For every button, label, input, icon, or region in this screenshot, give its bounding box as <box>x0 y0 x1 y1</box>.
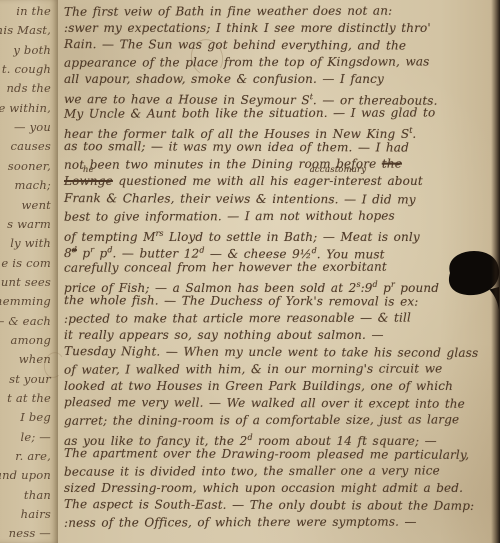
facing-page-fragment: le; — <box>20 430 51 444</box>
facing-page-fragment: unt sees <box>1 275 51 289</box>
manuscript-line: it really appears so, say nothing about … <box>64 327 496 344</box>
facing-page-fragment: sooner, <box>8 159 51 173</box>
manuscript-line: all vapour, shadow, smoke & confusion. —… <box>64 71 496 88</box>
facing-page-fragment: t at the <box>7 391 51 405</box>
facing-page-fragment: his Mast, <box>0 23 51 37</box>
letter-body: The first veiw of Bath in fine weather d… <box>64 3 496 531</box>
facing-page-fragment: r. are, <box>15 449 51 463</box>
manuscript-line: best to give information. — I am not wit… <box>64 207 496 226</box>
manuscript-line: as you like to fancy it, the 2d room abo… <box>64 429 496 446</box>
manuscript-line: price of Fish; — a Salmon has been sold … <box>64 276 496 293</box>
manuscript-line: of water, I walked with him, & in our mo… <box>64 360 496 379</box>
manuscript-line: not been two minutes in the Dining room … <box>64 156 496 175</box>
manuscript-line: because it is divided into two, the smal… <box>64 463 496 482</box>
manuscript-line: the whole fish. — The Duchess of York's … <box>64 292 496 311</box>
manuscript-line: appearance of the place from the top of … <box>64 53 496 72</box>
manuscript-line: of tempting Mrs Lloyd to settle in Bath;… <box>64 225 496 242</box>
manuscript-line: heLownge questioned me with all his accu… <box>64 173 496 190</box>
manuscript-line: :swer my expectations; I think I see mor… <box>64 20 496 37</box>
manuscript-line: garret; the dining-room is of a comforta… <box>64 411 496 430</box>
facing-page-fragment: y both <box>13 43 51 57</box>
facing-page-fragment: e is com <box>1 256 51 270</box>
facing-page-fragment: ; — & each <box>0 314 51 328</box>
manuscript-line: My Uncle & Aunt both like the situation.… <box>64 105 496 124</box>
facing-page-fragment: t. cough <box>2 62 51 76</box>
manuscript-line: Rain. — The Sun was got behind everythin… <box>64 36 496 55</box>
facing-page-fragment: causes <box>10 139 51 153</box>
manuscript-line: sized Dressing-room, which upon occasion… <box>64 480 496 497</box>
facing-page-fragment: hemming <box>0 294 51 308</box>
manuscript-scan: in thehis Mast,y botht. coughnds thefore… <box>0 0 500 543</box>
manuscript-line: :ness of the Offices, of which there wer… <box>64 514 496 533</box>
facing-page-fragment: hairs <box>21 507 51 521</box>
facing-page-fragment: went <box>22 198 51 212</box>
facing-page-fragment: nds the <box>6 81 51 95</box>
facing-page-edge: in thehis Mast,y botht. coughnds thefore… <box>0 0 58 543</box>
interlinear-insertion: accustomaryeager-interest <box>294 173 382 190</box>
facing-page-fragment: among <box>11 333 51 347</box>
manuscript-line: we are to have a House in Seymour St. — … <box>64 87 496 106</box>
manuscript-line: The first veiw of Bath in fine weather d… <box>64 2 496 21</box>
manuscript-line: Frank & Charles, their veiws & intention… <box>64 190 496 209</box>
manuscript-line: :pected to make that article more reason… <box>64 309 496 328</box>
facing-page-fragment: ness — <box>9 526 51 540</box>
facing-page-fragment: mach; <box>15 178 51 192</box>
manuscript-line: The apartment over the Drawing-room plea… <box>64 445 496 464</box>
facing-page-fragment: fore within, <box>0 101 51 115</box>
facing-page-fragment: st your <box>9 372 51 386</box>
facing-page-fragment: I beg <box>20 410 51 424</box>
scan-edge-shadow <box>491 0 500 543</box>
facing-page-fragment: than <box>24 488 51 502</box>
manuscript-line: Tuesday Night. — When my uncle went to t… <box>64 343 496 362</box>
manuscript-line: carefully conceal from her however the e… <box>64 258 496 277</box>
manuscript-line: looked at two Houses in Green Park Build… <box>64 378 496 395</box>
facing-page-fragment: and upon <box>0 468 51 482</box>
interlinear-insertion: heLownge <box>64 173 113 190</box>
facing-page-fragment: ly with <box>10 236 51 250</box>
facing-page-fragment: — you <box>14 120 51 134</box>
facing-page-fragment: s warm <box>7 217 51 231</box>
facing-page-fragment: in the <box>16 4 51 18</box>
manuscript-line: pleased me very well. — We walked all ov… <box>64 394 496 413</box>
manuscript-line: 8d pr pd. — butter 12d — & cheese 9½d. Y… <box>64 241 496 260</box>
manuscript-line: hear the former talk of all the Houses i… <box>64 122 496 139</box>
